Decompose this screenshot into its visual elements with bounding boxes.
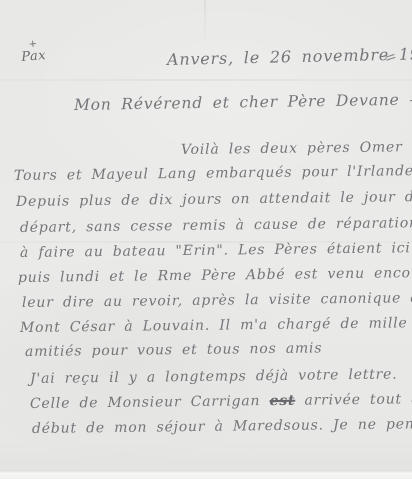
body-line: Voilà les deux pères Omer Van: [181, 139, 412, 158]
fold-crease-vertical: [204, 0, 206, 46]
salutation: Mon Révérend et cher Père Devane —,: [74, 90, 412, 114]
body-line: début de mon séjour à Maredsous. Je ne p…: [32, 416, 412, 437]
body-line: J'ai reçu il y a longtemps déjà votre le…: [30, 367, 398, 387]
body-line: Depuis plus de dix jours on attendait le…: [16, 189, 412, 210]
scan-edge: [0, 470, 412, 479]
body-line: leur dire au revoir, après la visite can…: [22, 290, 412, 311]
fold-crease-horizontal-top: [0, 79, 412, 81]
pax-label: Pax: [21, 49, 47, 64]
dateline: Anvers, le 26 novembre 1927: [167, 44, 412, 69]
pax-mark: + Pax: [20, 39, 46, 64]
body-line: puis lundi et le Rme Père Abbé est venu …: [18, 265, 412, 286]
body-line: Celle de Monsieur Carrigan est arrivée t…: [30, 391, 412, 412]
body-line: Tours et Mayeul Lang embarqués pour l'Ir…: [14, 163, 412, 184]
body-line-text: Celle de Monsieur Carrigan: [30, 393, 270, 412]
body-line: départ, sans cesse remis à cause de répa…: [20, 215, 412, 236]
body-line: amitiés pour vous et tous nos amis: [25, 340, 322, 360]
letter-scan: + Pax Anvers, le 26 novembre 1927 = Mon …: [0, 0, 412, 479]
struck-word: est: [269, 393, 295, 409]
body-line-text: arrivée tout au: [295, 391, 412, 409]
body-line: Mont César à Louvain. Il m'a chargé de m…: [20, 315, 408, 336]
